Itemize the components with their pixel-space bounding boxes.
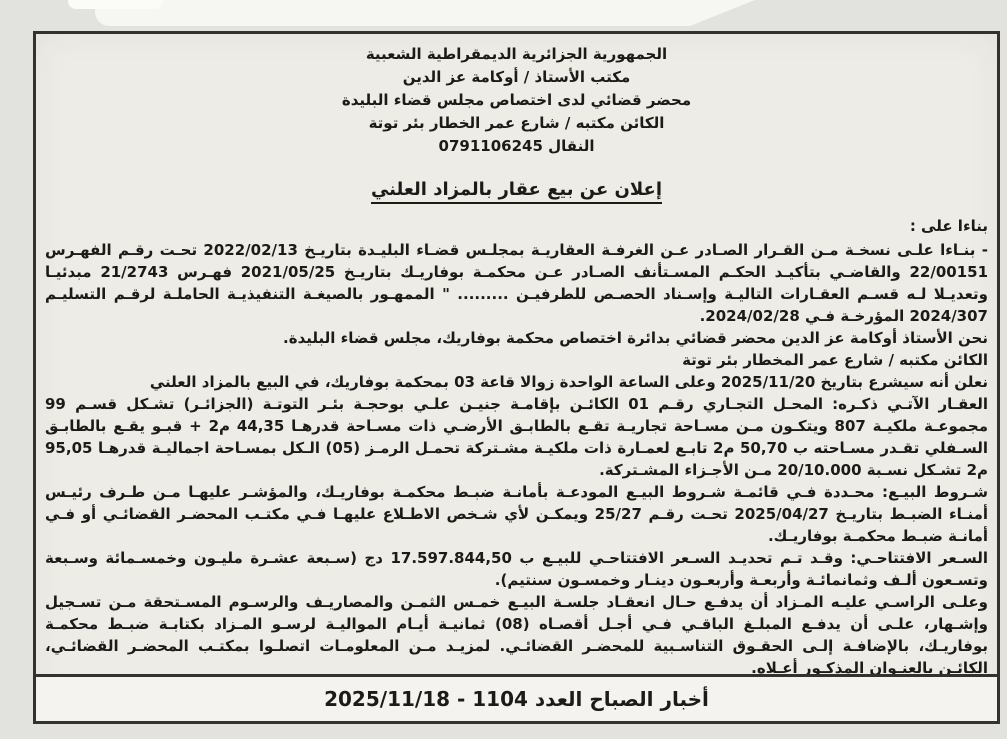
letterhead: الجمهورية الجزائرية الديمقراطية الشعبية … xyxy=(36,34,997,158)
letterhead-line-address: الكائن مكتبه / شارع عمر الخطار بئر توتة xyxy=(36,112,997,135)
announcement-title: إعلان عن بيع عقار بالمزاد العلني xyxy=(371,179,662,204)
scan-artifact-band xyxy=(95,0,755,26)
title-wrap: إعلان عن بيع عقار بالمزاد العلني xyxy=(36,179,997,204)
letterhead-line-office: مكتب الأستاذ / أوكامة عز الدين xyxy=(36,66,997,89)
paragraph-opening-price: السـعر الافتتاحـي: وقـد تـم تحديـد السـع… xyxy=(45,547,988,591)
paragraph-property-description: العقـار الآتـي ذكـره: المحـل التجـاري رق… xyxy=(45,393,988,481)
newspaper-footer: أخبار الصباح العدد 1104 - 2025/11/18 xyxy=(36,674,997,721)
paragraph-bailiff-identity: نحن الأستاذ أوكامة عز الدين محضر قضائي ب… xyxy=(45,327,988,349)
letterhead-line-phone: النقال 0791106245 xyxy=(36,135,997,158)
letterhead-line-bailiff: محضر قضائي لدى اختصاص مجلس قضاء البليدة xyxy=(36,89,997,112)
footer-text: أخبار الصباح العدد 1104 - 2025/11/18 xyxy=(324,687,709,711)
scan-artifact-tab xyxy=(68,0,163,9)
paragraph-court-decision: - بنـاءا علـى نسخـة مـن القـرار الصـادر … xyxy=(45,239,988,327)
letterhead-line-republic: الجمهورية الجزائرية الديمقراطية الشعبية xyxy=(36,43,997,66)
document-frame: الجمهورية الجزائرية الديمقراطية الشعبية … xyxy=(33,31,1000,724)
announcement-body: بناءا على : - بنـاءا علـى نسخـة مـن القـ… xyxy=(36,204,997,674)
paragraph-office-address: الكائن مكتبه / شارع عمر المخطار بئر توتة xyxy=(45,349,988,371)
paragraph-auction-date: نعلن أنه سيشرع بتاريخ 2025/11/20 وعلى ال… xyxy=(45,371,988,393)
intro-line: بناءا على : xyxy=(45,215,988,237)
paragraph-sale-conditions: شـروط البيـع: محـددة فـي قائمـة شـروط ال… xyxy=(45,481,988,547)
paragraph-payment-terms: وعلـى الراسـي عليـه المـزاد أن يدفـع حـا… xyxy=(45,591,988,674)
scanned-page: الجمهورية الجزائرية الديمقراطية الشعبية … xyxy=(0,0,1007,739)
